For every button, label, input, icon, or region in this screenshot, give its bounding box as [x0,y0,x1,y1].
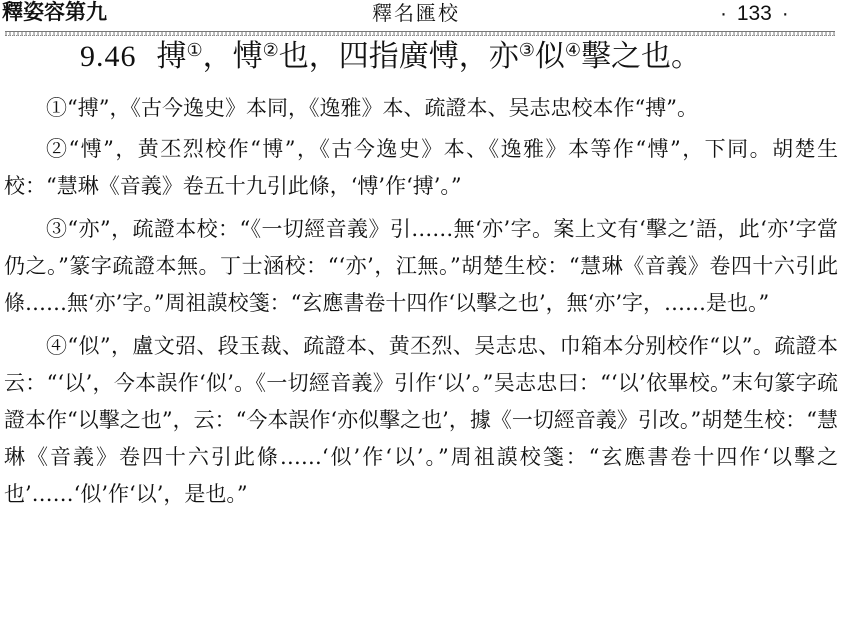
note-ref-1: ① [187,40,203,61]
note-paragraph-1: ①“搏”，《古今逸史》本同，《逸雅》本、疏證本、吴志忠校本作“搏”。 [4,90,838,127]
book-title: 釋名匯校 [372,1,460,25]
note-marker: ③ [46,217,67,241]
entry-text: 似 [535,39,565,74]
entry-text: 搏 [157,39,187,74]
note-text: “搏”，《古今逸史》本同，《逸雅》本、疏證本、吴志忠校本作“搏”。 [67,96,698,120]
note-text: “似”，盧文弨、段玉裁、疏證本、黄丕烈、吴志忠、巾箱本分别校作“以”。疏證本云：… [4,334,838,506]
note-marker: ① [46,96,67,120]
entry-number: 9.46 [80,40,137,73]
header-rule [5,31,835,36]
note-paragraph-4: ④“似”，盧文弨、段玉裁、疏證本、黄丕烈、吴志忠、巾箱本分别校作“以”。疏證本云… [4,328,838,513]
note-paragraph-2: ②“愽”，黄丕烈校作“博”，《古今逸史》本、《逸雅》本等作“愽”，下同。胡楚生校… [4,131,838,205]
note-ref-3: ③ [519,40,535,61]
note-marker: ② [46,137,68,161]
note-paragraph-3: ③“亦”，疏證本校：“《一切經音義》引……無‘亦’字。案上文有‘擊之’語，此‘亦… [4,211,838,322]
page-number: · 133 · [720,2,789,26]
notes-section: ①“搏”，《古今逸史》本同，《逸雅》本、疏證本、吴志忠校本作“搏”。 ②“愽”，… [4,90,838,519]
note-ref-2: ② [263,40,279,61]
note-text: “愽”，黄丕烈校作“博”，《古今逸史》本、《逸雅》本等作“愽”，下同。胡楚生校：… [4,137,838,198]
entry-line: 9.46搏①，愽②也，四指廣愽，亦③似④擊之也。 [80,37,701,77]
entry-text: 擊之也。 [581,39,701,74]
entry-text: ，愽 [203,39,263,74]
note-marker: ④ [46,334,67,358]
note-ref-4: ④ [565,40,581,61]
entry-text: 也，四指廣愽，亦 [279,39,519,74]
page-header: 釋姿容第九 釋名匯校 · 133 · [0,0,844,26]
note-text: “亦”，疏證本校：“《一切經音義》引……無‘亦’字。案上文有‘擊之’語，此‘亦’… [4,217,838,315]
chapter-title: 釋姿容第九 [2,0,107,24]
